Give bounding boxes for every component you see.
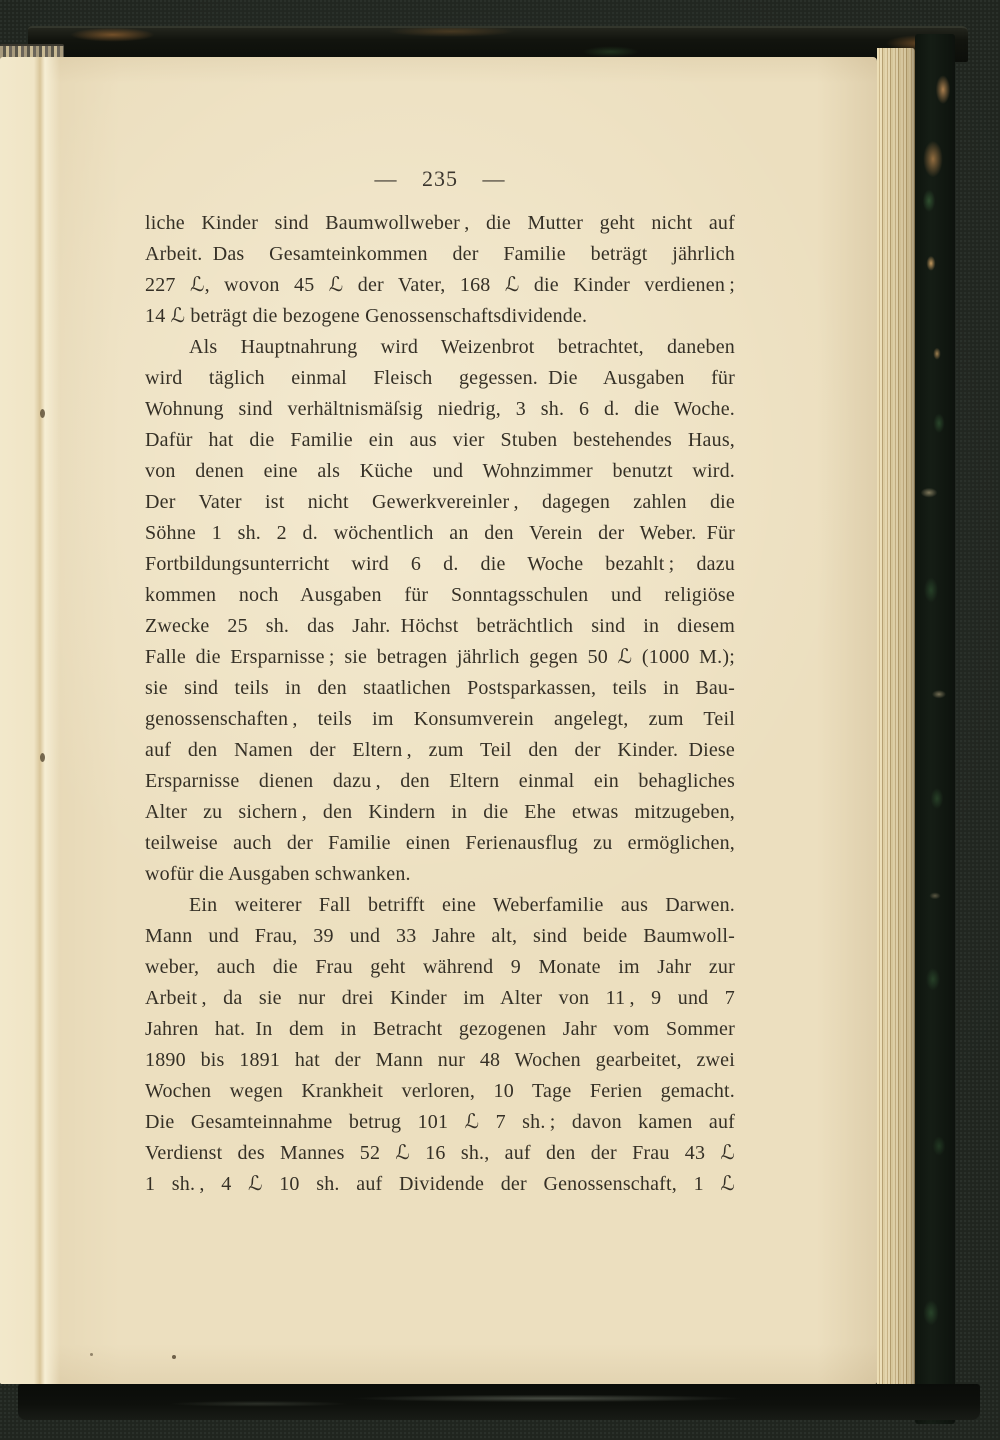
text-line: liche Kinder sind Baumwollweber , die Mu… xyxy=(145,208,735,239)
text-line: Der Vater ist nicht Gewerkvereinler , da… xyxy=(145,487,735,518)
text-line: teilweise auch der Familie einen Feriena… xyxy=(145,828,735,859)
text-line: Mann und Frau, 39 und 33 Jahre alt, sind… xyxy=(145,921,735,952)
text-line: sie sind teils in den staatlichen Postsp… xyxy=(145,673,735,704)
text-line: Arbeit. Das Gesamteinkommen der Familie … xyxy=(145,239,735,270)
text-line: Ersparnisse dienen dazu , den Eltern ein… xyxy=(145,766,735,797)
text-line: Ein weiterer Fall betrifft eine Weberfam… xyxy=(145,890,735,921)
binding-stitch xyxy=(40,409,45,418)
text-line: Wochen wegen Krankheit verloren, 10 Tage… xyxy=(145,1076,735,1107)
book-cover-right-edge xyxy=(915,34,955,1424)
book-cover-bottom-edge xyxy=(18,1384,980,1420)
text-line: Dafür hat die Familie ein aus vier Stube… xyxy=(145,425,735,456)
text-line: Falle die Ersparnisse ; sie betragen jäh… xyxy=(145,642,735,673)
text-line: Fortbildungsunterricht wird 6 d. die Woc… xyxy=(145,549,735,580)
text-line: auf den Namen der Eltern , zum Teil den … xyxy=(145,735,735,766)
page-gutter-crease xyxy=(0,57,60,1384)
body-text: liche Kinder sind Baumwollweber , die Mu… xyxy=(145,208,735,1200)
text-line: Söhne 1 sh. 2 d. wöchentlich an den Vere… xyxy=(145,518,735,549)
text-line: Wohnung sind verhältnismäſsig niedrig, 3… xyxy=(145,394,735,425)
text-line: von denen eine als Küche und Wohnzimmer … xyxy=(145,456,735,487)
text-line: weber, auch die Frau geht während 9 Mona… xyxy=(145,952,735,983)
dust-speck xyxy=(172,1355,176,1359)
text-line: Alter zu sichern , den Kindern in die Eh… xyxy=(145,797,735,828)
text-line: Verdienst des Mannes 52 ℒ 16 sh., auf de… xyxy=(145,1138,735,1169)
binding-stitch xyxy=(40,753,45,762)
text-line: Jahren hat. In dem in Betracht gezogenen… xyxy=(145,1014,735,1045)
text-line: wird täglich einmal Fleisch gegessen. Di… xyxy=(145,363,735,394)
dust-speck xyxy=(90,1353,93,1356)
text-line: kommen noch Ausgaben für Sonntagsschulen… xyxy=(145,580,735,611)
book-page: — 235 — liche Kinder sind Baumwollweber … xyxy=(0,57,877,1384)
text-line: Als Hauptnahrung wird Weizenbrot betrach… xyxy=(145,332,735,363)
text-line: 1890 bis 1891 hat der Mann nur 48 Wochen… xyxy=(145,1045,735,1076)
scanned-book-photo: — 235 — liche Kinder sind Baumwollweber … xyxy=(0,0,1000,1440)
text-line: Zwecke 25 sh. das Jahr. Höchst beträchtl… xyxy=(145,611,735,642)
text-line: Arbeit , da sie nur drei Kinder im Alter… xyxy=(145,983,735,1014)
text-line: 1 sh. , 4 ℒ 10 sh. auf Dividende der Gen… xyxy=(145,1169,735,1200)
page-number: — 235 — xyxy=(145,166,735,192)
text-line: genossenschaften , teils im Konsumverein… xyxy=(145,704,735,735)
text-line: 14 ℒ beträgt die bezogene Genossenschaft… xyxy=(145,301,735,332)
text-line: 227 ℒ, wovon 45 ℒ der Vater, 168 ℒ die K… xyxy=(145,270,735,301)
page-edges-fanned xyxy=(877,48,915,1392)
text-line: wofür die Ausgaben schwanken. xyxy=(145,859,735,890)
text-line: Die Gesamteinnahme betrug 101 ℒ 7 sh. ; … xyxy=(145,1107,735,1138)
